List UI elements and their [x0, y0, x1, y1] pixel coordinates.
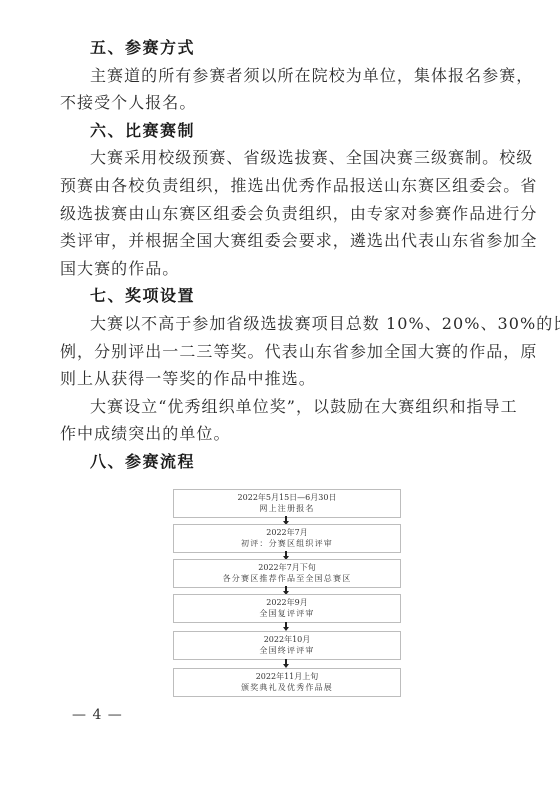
paragraph-line: 则上从获得一等奖的作品中推选。: [60, 365, 506, 393]
flow-step-preliminary-review: 2022年7月 初评：分赛区组织评审: [173, 524, 401, 553]
paragraph-line: 主赛道的所有参赛者须以所在院校为单位，集体报名参赛，: [60, 62, 506, 90]
flow-step-desc: 颁奖典礼及优秀作品展: [174, 682, 400, 693]
section-heading-competition-format: 六、比赛赛制: [60, 117, 506, 145]
flow-step-date: 2022年7月下旬: [174, 562, 400, 573]
paragraph-line: 大赛设立“优秀组织单位奖”，以鼓励在大赛组织和指导工: [60, 393, 506, 421]
flow-step-national-final-review: 2022年10月 全国终评评审: [173, 631, 401, 660]
flow-step-desc: 全国终评评审: [174, 645, 400, 656]
paragraph-line: 预赛由各校负责组织，推选出优秀作品报送山东赛区组委会。省: [60, 172, 506, 200]
paragraph-line: 作中成绩突出的单位。: [60, 420, 506, 448]
flow-step-recommend: 2022年7月下旬 各分赛区推荐作品至全国总赛区: [173, 559, 401, 588]
arrow-down-icon: [285, 659, 287, 668]
paragraph-line: 级选拔赛由山东赛区组委会负责组织，由专家对参赛作品进行分: [60, 200, 506, 228]
paragraph-line: 不接受个人报名。: [60, 89, 506, 117]
paragraph-line: 类评审，并根据全国大赛组委会要求，遴选出代表山东省参加全: [60, 227, 506, 255]
page-number: — 4 —: [72, 707, 123, 723]
section-heading-participation-method: 五、参赛方式: [60, 34, 506, 62]
flow-step-desc: 全国复评评审: [174, 608, 400, 619]
paragraph-line: 例，分别评出一二三等奖。代表山东省参加全国大赛的作品，原: [60, 338, 506, 366]
paragraph-line: 国大赛的作品。: [60, 255, 506, 283]
arrow-down-icon: [285, 622, 287, 631]
flow-step-date: 2022年9月: [174, 597, 400, 608]
section-heading-process: 八、参赛流程: [60, 448, 506, 476]
flow-step-registration: 2022年5月15日—6月30日 网上注册报名: [173, 489, 401, 518]
flow-step-desc: 初评：分赛区组织评审: [174, 538, 400, 549]
flow-step-national-second-review: 2022年9月 全国复评评审: [173, 594, 401, 623]
flow-step-date: 2022年10月: [174, 634, 400, 645]
flow-step-desc: 各分赛区推荐作品至全国总赛区: [174, 573, 400, 584]
flow-step-desc: 网上注册报名: [174, 503, 400, 514]
flow-step-date: 2022年7月: [174, 527, 400, 538]
flow-step-award-ceremony: 2022年11月上旬 颁奖典礼及优秀作品展: [173, 668, 401, 697]
paragraph-line: 大赛采用校级预赛、省级选拔赛、全国决赛三级赛制。校级: [60, 144, 506, 172]
paragraph-line: 大赛以不高于参加省级选拔赛项目总数 10%、20%、30%的比: [60, 310, 506, 338]
document-page: 五、参赛方式 主赛道的所有参赛者须以所在院校为单位，集体报名参赛， 不接受个人报…: [60, 34, 506, 476]
flow-step-date: 2022年11月上旬: [174, 671, 400, 682]
flow-step-date: 2022年5月15日—6月30日: [174, 492, 400, 503]
section-heading-awards: 七、奖项设置: [60, 282, 506, 310]
